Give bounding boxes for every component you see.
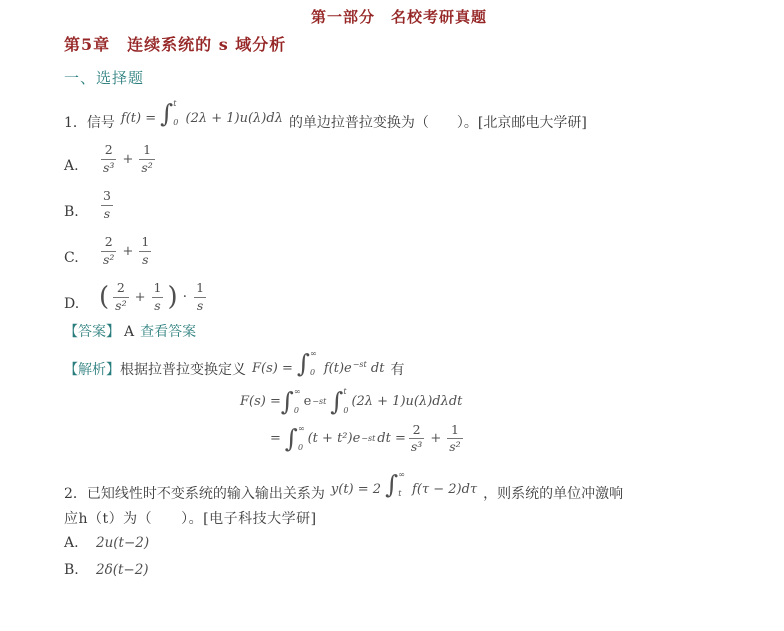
fraction: 1s xyxy=(139,234,151,268)
q1-option-d: D. ( 2s² + 1s ) · 1s xyxy=(64,278,734,316)
integral-limits: ∞ 0 xyxy=(298,425,305,452)
q1-option-c: C. 2s² + 1s xyxy=(64,232,734,270)
answer-line: 【答案】 A 查看答案 xyxy=(64,321,734,341)
chapter-title: 第5章 连续系统的 s 域分析 xyxy=(64,32,734,55)
derivation-line-1: F(s) = ∫ ∞ 0 e−st ∫ t 0 (2λ + 1)u(λ xyxy=(240,383,734,420)
integral: ∫ ∞ 0 xyxy=(281,388,304,415)
q2-stem-line2: 应h（t）为（ ）。[电子科技大学研] xyxy=(64,508,734,528)
fraction-numerator: 2 xyxy=(101,142,116,158)
integral-upper-limit: ∞ xyxy=(298,425,305,433)
q1-number-lead: 1．信号 xyxy=(64,112,115,132)
q2-inline-formula: y(t) = 2 ∫ ∞ t f(τ − 2)dτ xyxy=(331,471,477,498)
integral-icon: ∫ xyxy=(297,353,310,374)
q2-stem-tail: ，则系统的单位冲激响 xyxy=(483,483,623,503)
plus-sign: + xyxy=(122,244,133,259)
integral-lower-limit: 0 xyxy=(173,119,178,127)
q2-formula-body: f(τ − 2)dτ xyxy=(412,482,477,497)
q2-option-a: A. 2u(t−2) xyxy=(64,535,734,555)
fraction: 3s xyxy=(101,188,113,222)
fraction: 2s² xyxy=(101,234,116,268)
fraction-denominator: s² xyxy=(113,297,128,314)
fraction: 1s xyxy=(152,280,164,314)
analysis-lead: 根据拉普拉变换定义 xyxy=(120,359,246,379)
q1-formula-lhs: f(t) = xyxy=(121,111,160,126)
question-2-stem: 2．已知线性时不变系统的输入输出关系为 y(t) = 2 ∫ ∞ t f(τ −… xyxy=(64,471,734,503)
q1-stem-tail: 的单边拉普拉变换为（ ）。[北京邮电大学研] xyxy=(289,112,587,132)
q1-option-a: A. 2s³ + 1s² xyxy=(64,140,734,178)
integral: ∫ ∞ t xyxy=(385,471,408,498)
analysis-formula-body: f(t)e xyxy=(324,361,352,376)
q2-formula-lhs: y(t) = 2 xyxy=(331,482,381,497)
fraction-numerator: 1 xyxy=(152,280,164,296)
q1-option-b-label: B. xyxy=(64,204,84,220)
eq2-mid: dt = xyxy=(377,431,406,446)
integral-upper-limit: ∞ xyxy=(310,350,317,358)
fraction: 1s xyxy=(194,280,206,314)
eq2-body: (t + t²)e xyxy=(308,431,361,446)
integral-lower-limit: t xyxy=(398,490,405,498)
fraction-numerator: 2 xyxy=(113,280,128,296)
fraction: 2s³ xyxy=(101,142,116,176)
fraction-denominator: s xyxy=(194,297,206,314)
eq1-e: e xyxy=(304,394,312,409)
fraction-denominator: s² xyxy=(101,251,116,268)
analysis-label: 【解析】 xyxy=(64,359,120,379)
question-1-stem: 1．信号 f(t) = ∫ t 0 (2λ + 1)u(λ)dλ 的单边拉普拉变… xyxy=(64,100,734,132)
fraction-denominator: s³ xyxy=(101,159,116,176)
integral-upper-limit: t xyxy=(343,388,348,396)
integral-lower-limit: 0 xyxy=(294,407,301,415)
q2-option-b: B. 2δ(t−2) xyxy=(64,562,734,582)
integral: ∫ ∞ 0 xyxy=(297,350,320,377)
answer-value: A xyxy=(124,324,134,340)
fraction-denominator: s² xyxy=(139,159,154,176)
integral-icon: ∫ xyxy=(160,103,173,124)
integral-icon: ∫ xyxy=(330,391,343,412)
document-page: 第一部分 名校考研真题 第5章 连续系统的 s 域分析 一、选择题 1．信号 f… xyxy=(0,0,784,631)
q1-inline-formula: f(t) = ∫ t 0 (2λ + 1)u(λ)dλ xyxy=(121,100,283,127)
integral-limits: ∞ 0 xyxy=(294,388,301,415)
eq2-equals: = xyxy=(270,431,281,446)
fraction: 2s³ xyxy=(409,422,424,456)
q1-option-d-label: D. xyxy=(64,296,84,312)
integral-limits: ∞ t xyxy=(398,471,405,498)
eq1-rest: (2λ + 1)u(λ)dλdt xyxy=(351,394,462,409)
part-title: 第一部分 名校考研真题 xyxy=(64,6,734,27)
multiply-dot: · xyxy=(183,289,187,305)
integral-lower-limit: 0 xyxy=(298,444,305,452)
integral-limits: ∞ 0 xyxy=(310,350,317,377)
fraction-denominator: s xyxy=(101,205,113,222)
q1-option-b: B. 3s xyxy=(64,186,734,224)
integral: ∫ t 0 xyxy=(330,388,351,415)
integral-limits: t 0 xyxy=(343,388,348,415)
fraction-denominator: s xyxy=(152,297,164,314)
derivation-line-2: = ∫ ∞ 0 (t + t²)e−st dt = 2s³ + 1s² xyxy=(270,420,734,457)
section-title: 一、选择题 xyxy=(64,67,734,88)
integral-icon: ∫ xyxy=(281,391,294,412)
answer-label: 【答案】 xyxy=(64,321,120,341)
left-paren: ( xyxy=(99,284,109,310)
fraction-numerator: 2 xyxy=(409,422,424,438)
analysis-line: 【解析】 根据拉普拉变换定义 F(s) = ∫ ∞ 0 f(t)e−st dt … xyxy=(64,350,734,379)
fraction-denominator: s² xyxy=(447,438,462,455)
integral-icon: ∫ xyxy=(385,474,398,495)
fraction-numerator: 1 xyxy=(447,422,462,438)
q1-option-a-label: A. xyxy=(64,158,84,174)
right-paren: ) xyxy=(167,284,177,310)
integral-lower-limit: 0 xyxy=(310,369,317,377)
q1-formula-body: (2λ + 1)u(λ)dλ xyxy=(186,111,283,126)
page-content: 第一部分 名校考研真题 第5章 连续系统的 s 域分析 一、选择题 1．信号 f… xyxy=(0,0,784,582)
q2-option-a-expr: 2u(t−2) xyxy=(96,535,149,551)
analysis-formula-dt: dt xyxy=(371,361,385,376)
q2-number-lead: 2．已知线性时不变系统的输入输出关系为 xyxy=(64,483,325,503)
integral: ∫ t 0 xyxy=(160,100,181,127)
exponent: −st xyxy=(353,360,367,369)
fraction: 1s² xyxy=(139,142,154,176)
fraction: 1s² xyxy=(447,422,462,456)
analysis-tail: 有 xyxy=(390,359,404,379)
derivation-block: F(s) = ∫ ∞ 0 e−st ∫ t 0 (2λ + 1)u(λ xyxy=(240,383,734,457)
analysis-inline-formula: F(s) = ∫ ∞ 0 f(t)e−st dt xyxy=(252,350,384,377)
fraction-numerator: 1 xyxy=(139,234,151,250)
plus-sign: + xyxy=(430,431,441,446)
plus-sign: + xyxy=(135,290,146,305)
analysis-formula-lhs: F(s) = xyxy=(252,361,297,376)
q2-option-b-label: B. xyxy=(64,562,84,578)
fraction-denominator: s xyxy=(139,251,151,268)
plus-sign: + xyxy=(122,152,133,167)
exponent: −st xyxy=(361,434,375,443)
fraction-numerator: 3 xyxy=(101,188,113,204)
view-answer-link[interactable]: 查看答案 xyxy=(140,321,196,341)
q2-option-a-label: A. xyxy=(64,535,84,551)
fraction-numerator: 1 xyxy=(194,280,206,296)
eq1-lhs: F(s) = xyxy=(240,394,281,409)
q1-option-c-label: C. xyxy=(64,250,84,266)
fraction-denominator: s³ xyxy=(409,438,424,455)
integral-upper-limit: ∞ xyxy=(294,388,301,396)
integral-upper-limit: ∞ xyxy=(398,471,405,479)
integral-limits: t 0 xyxy=(173,100,178,127)
integral-upper-limit: t xyxy=(173,100,178,108)
exponent: −st xyxy=(312,397,326,406)
q2-option-b-expr: 2δ(t−2) xyxy=(96,562,149,578)
fraction-numerator: 1 xyxy=(139,142,154,158)
integral: ∫ ∞ 0 xyxy=(285,425,308,452)
fraction: 2s² xyxy=(113,280,128,314)
fraction-numerator: 2 xyxy=(101,234,116,250)
integral-lower-limit: 0 xyxy=(343,407,348,415)
integral-icon: ∫ xyxy=(285,428,298,449)
